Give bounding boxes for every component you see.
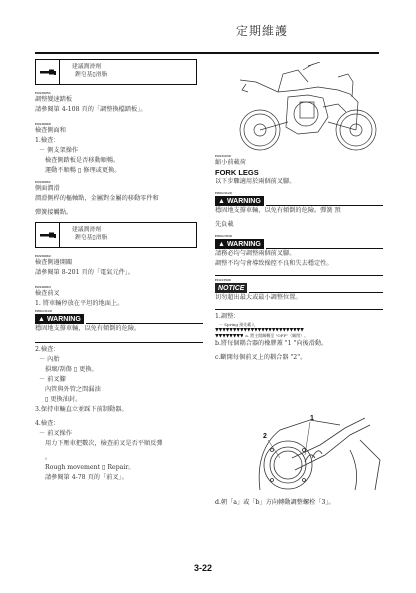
warning-code: EWA13120 — [215, 191, 383, 195]
section-title: 檢查側面和 — [35, 126, 203, 136]
right-column: EAS31630 縮小前載荷 FORK LEGS 以下步驟適用於兩個前叉腳。 E… — [215, 154, 383, 363]
check-item: － 前叉操作 — [35, 429, 203, 439]
page-number: 3-22 — [194, 563, 212, 573]
section-title: 檢查側邊開關 — [35, 258, 203, 268]
body-text: 潤滑側桿的樞軸點，金屬對金屬的移動零件和 — [35, 194, 203, 204]
lubricant-box: 建議潤滑劑 鋰皂基▯滑脂 — [35, 222, 197, 248]
warning-text: 穩固地支撐車輛，以免有傾倒的危險。 — [35, 324, 203, 334]
figure-label-2: 2 — [263, 433, 267, 440]
warning-text: 穩固地支撐車輛，以免有傾倒的危險。彈簧 預 — [215, 206, 383, 216]
warning-text: 請務必均勻調整兩個前叉腳。 — [215, 249, 383, 259]
body-text: 檢查側踏板是否移動順暢。 — [35, 156, 203, 166]
step-text: 3.保持車輛直立並踩下前制動器。 — [35, 405, 203, 415]
warning-triangle-icon: ▲ — [218, 197, 225, 206]
warning-code: EWA17040 — [215, 234, 383, 238]
check-item: － 側支架操作 — [35, 146, 203, 156]
step-b: b.將每個耦合器的橡膠蓋 "1 "向後滑動。 — [215, 339, 383, 349]
warning-header: ▲ WARNING — [215, 196, 383, 206]
reference-text: 請參閱第 4-108 頁的「調整換檔踏板」。 — [35, 105, 203, 115]
reference-text: 請參閱第 8-201 頁的「電氣元件」。 — [35, 268, 203, 278]
body-text: Rough movement ▯ Repair。 — [35, 463, 203, 473]
lubricant-value: 鋰皂基▯滑脂 — [72, 71, 107, 79]
section-title-zh: 縮小前載荷 — [215, 158, 383, 168]
body-text: 損壞/刮傷 ▯ 更換。 — [35, 365, 203, 375]
step-text: 1.調整： — [215, 312, 383, 322]
warning-code: EWA13120 — [35, 309, 203, 313]
grease-gun-icon — [36, 223, 60, 247]
warning-badge: ▲ WARNING — [215, 196, 264, 206]
body-text: 用力下壓車把數次，檢查前叉是否平順反彈 — [35, 439, 203, 449]
grease-gun-icon — [36, 60, 60, 84]
lubricant-value: 鋰皂基▯滑脂 — [72, 234, 107, 242]
step-text: 4.檢查： — [35, 419, 203, 429]
section-title: 側面潤滑 — [35, 184, 203, 194]
warning-triangle-icon: ▲ — [218, 240, 225, 249]
step-text: 1.檢查： — [35, 136, 203, 146]
body-text: 運動不順暢 ▯ 修理或更換。 — [35, 166, 203, 176]
lubricant-label: 建議潤滑劑 — [72, 226, 107, 234]
warning-text: 先負載 — [215, 220, 383, 230]
warning-header: ▲ WARNING — [35, 314, 203, 324]
step-d: d.朝「a」或「b」方向轉動調整螺栓「3」。 — [215, 498, 335, 508]
section-title-en: FORK LEGS — [215, 168, 383, 177]
section-title: 調整變速踏板 — [35, 95, 203, 105]
step-c: c.斷開每個前叉上的耦合器 "2"。 — [215, 353, 383, 363]
triangle-row: ▼▼▼▼▼▼▼▼ — [215, 334, 243, 339]
check-item: － 前叉腳 — [35, 375, 203, 385]
motorcycle-illustration — [228, 62, 386, 152]
page-header-title: 定期維護 — [236, 22, 288, 39]
warning-triangle-icon: ▲ — [38, 315, 45, 324]
left-column: 建議潤滑劑 鋰皂基▯滑脂 EAS30051 調整變速踏板 請參閱第 4-108 … — [35, 59, 203, 483]
intro-text: 以下步驟適用於兩個前叉腳。 — [215, 177, 383, 187]
reference-text: 請參閱第 4-78 頁的「前叉」。 — [35, 473, 203, 483]
step-text: 2.檢查： — [35, 345, 203, 355]
header-rule — [35, 52, 379, 54]
warning-badge: ▲ WARNING — [215, 239, 264, 249]
body-text: ▯ 更換油封。 — [35, 395, 203, 405]
notice-code: ECA13590 — [215, 278, 383, 282]
step-text: 1. 將車輛停放在平坦的地面上。 — [35, 299, 203, 309]
figure-label-1: 1 — [310, 415, 314, 422]
fork-adjuster-figure: 2 1 — [250, 410, 385, 495]
body-text: 彈簧接觸點。 — [35, 208, 203, 218]
body-text: 。 — [35, 453, 203, 463]
notice-header: NOTICE — [215, 283, 383, 293]
notice-badge: NOTICE — [215, 283, 247, 293]
warning-badge: ▲ WARNING — [35, 314, 84, 324]
warning-text: 調整不均勻會導致操控不良和失去穩定性。 — [215, 259, 383, 269]
check-item: － 內胎 — [35, 355, 203, 365]
warning-header: ▲ WARNING — [215, 239, 383, 249]
section-title: 檢查前叉 — [35, 289, 203, 299]
lubricant-label: 建議潤滑劑 — [72, 63, 107, 71]
body-text: 內管與外管之間漏油 — [35, 385, 203, 395]
notice-text: 切勿超出最大或最小調整位置。 — [215, 293, 383, 303]
lubricant-box: 建議潤滑劑 鋰皂基▯滑脂 — [35, 59, 197, 85]
